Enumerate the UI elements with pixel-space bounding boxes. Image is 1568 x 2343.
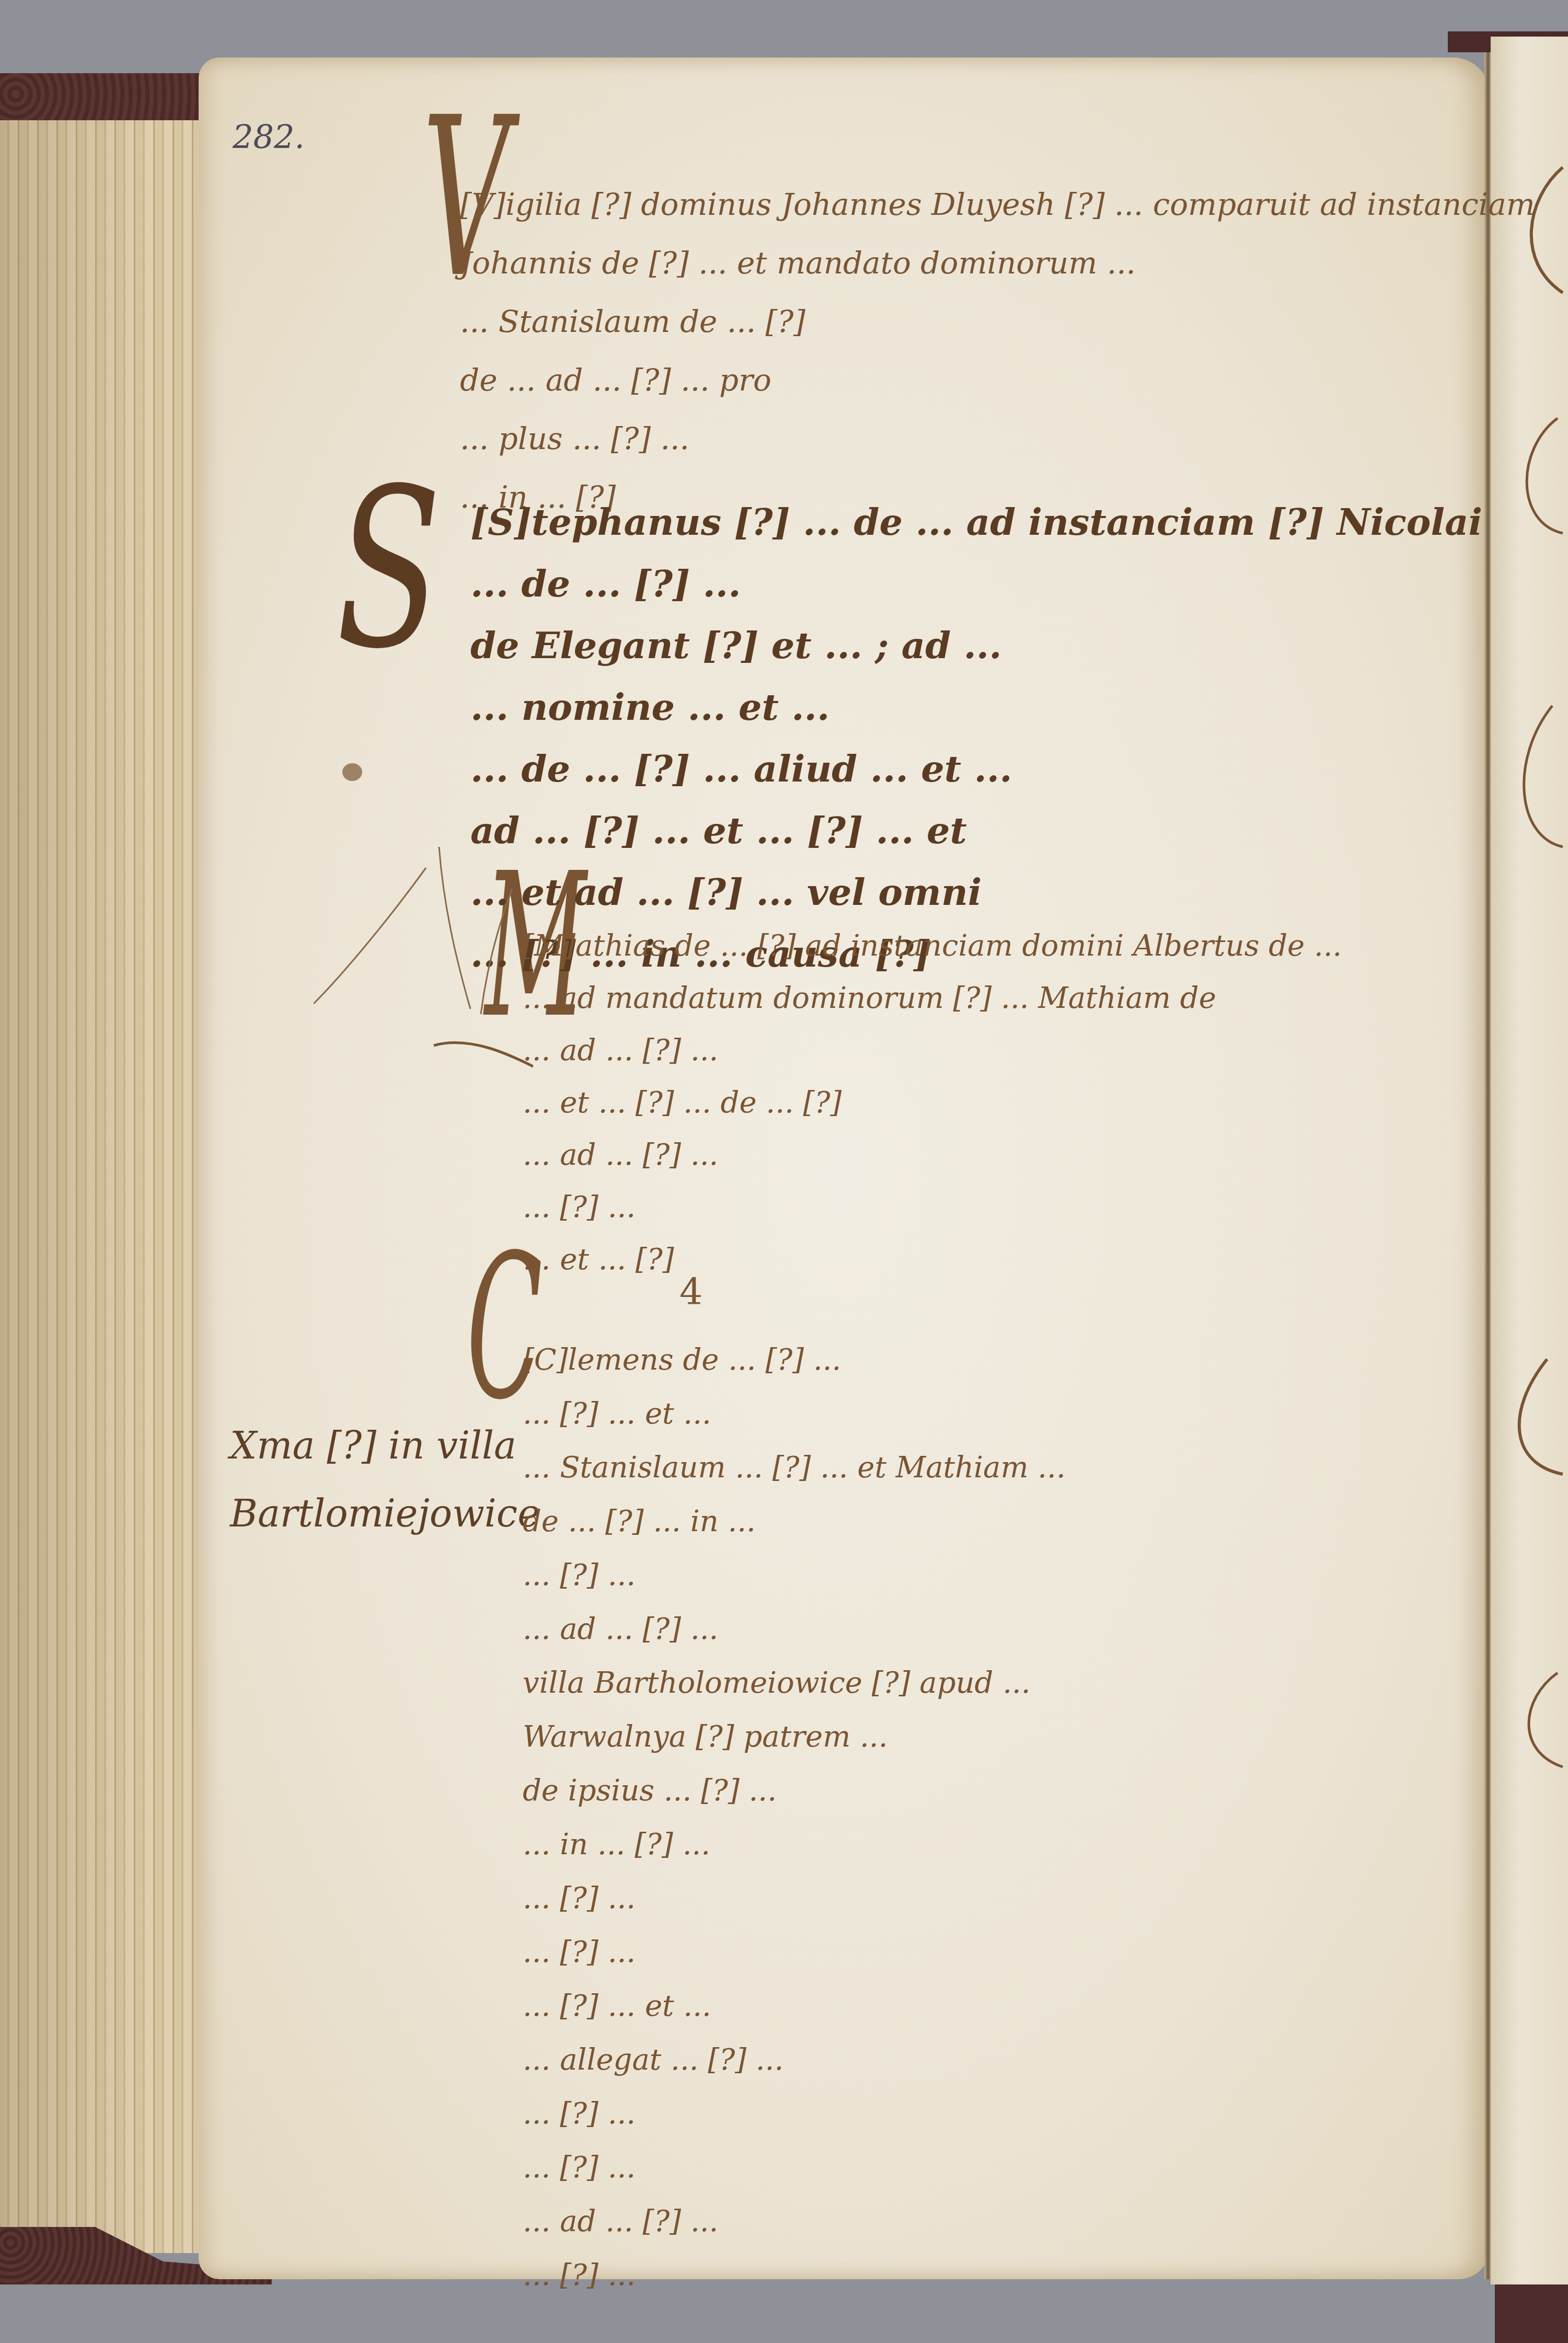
- entry-line: ... [?] ...: [523, 2248, 1066, 2302]
- entry-line: Warwalnya [?] patrem ...: [523, 1710, 1066, 1764]
- entry-line: ... [?] ...: [523, 1925, 1066, 1979]
- entry-line: ... [?] ... et ...: [523, 1387, 1066, 1441]
- entry-line: Johannis de [?] ... et mandato dominorum…: [460, 234, 1535, 292]
- entry-1: [V]igilia [?] dominus Johannes Dluyesh […: [460, 175, 1535, 526]
- entry-line: ... ad ... [?] ...: [523, 1602, 1066, 1656]
- entry-line: ... allegat ... [?] ...: [523, 2033, 1066, 2087]
- entry-line: ... [?] ...: [523, 2141, 1066, 2195]
- entry-line: [S]tephanus [?] ... de ... ad instanciam…: [470, 491, 1482, 553]
- entry-line: ... de ... [?] ...: [470, 553, 1482, 615]
- entry-line: ... [?] ...: [523, 1181, 1342, 1234]
- page-stack-shadow: [0, 120, 220, 2253]
- entry-line: ... ad ... [?] ...: [523, 1129, 1342, 1181]
- entry-line: ... et ... [?] ... de ... [?]: [523, 1077, 1342, 1129]
- entry-2: [S]tephanus [?] ... de ... ad instanciam…: [470, 491, 1482, 985]
- margin-note-line: Xma [?] in villa: [230, 1411, 540, 1479]
- entry-line: ... [?] ... et ...: [523, 1979, 1066, 2033]
- entry-line: ... [?] ...: [523, 1871, 1066, 1925]
- entry-line: ... ad ... [?] ...: [523, 2195, 1066, 2248]
- entry-line: [M]athias de ... [?] ad instanciam domin…: [523, 920, 1342, 972]
- entry-line: ... de ... [?] ... aliud ... et ...: [470, 738, 1482, 800]
- entry-line: ad ... [?] ... et ... [?] ... et: [470, 800, 1482, 862]
- entry-line: ... Stanislaum ... [?] ... et Mathiam ..…: [523, 1441, 1066, 1495]
- entry-line: ... [?] ...: [523, 2087, 1066, 2141]
- entry-line: de Elegant [?] et ... ; ad ...: [470, 615, 1482, 676]
- folio-number: 282.: [233, 118, 305, 156]
- entry-line: [C]lemens de ... [?] ...: [523, 1333, 1066, 1387]
- entry-line: ... ad mandatum dominorum [?] ... Mathia…: [523, 972, 1342, 1025]
- entry-3: [M]athias de ... [?] ad instanciam domin…: [523, 920, 1342, 1286]
- entry-line: ... et ad ... [?] ... vel omni: [470, 862, 1482, 923]
- paragraph-mark: 4: [679, 1270, 703, 1313]
- entry-line: ... in ... [?] ...: [523, 1818, 1066, 1871]
- margin-bracket-strokes-icon: [314, 836, 533, 1307]
- margin-note: Xma [?] in villa Bartlomiejowice: [230, 1411, 540, 1547]
- entry-line: ... nomine ... et ...: [470, 676, 1482, 738]
- ink-stain: [342, 763, 362, 781]
- entry-line: de ipsius ... [?] ...: [523, 1764, 1066, 1818]
- entry-line: ... [?] ...: [523, 1548, 1066, 1602]
- entry-line: [V]igilia [?] dominus Johannes Dluyesh […: [460, 175, 1535, 234]
- entry-line: ... ad ... [?] ...: [523, 1025, 1342, 1077]
- entry-line: de ... [?] ... in ...: [523, 1495, 1066, 1548]
- margin-note-line: Bartlomiejowice: [230, 1479, 540, 1547]
- entry-line: de ... ad ... [?] ... pro: [460, 351, 1535, 409]
- entry-4: [C]lemens de ... [?] ... ... [?] ... et …: [523, 1333, 1066, 2302]
- entry-line: ... et ... [?]: [523, 1234, 1342, 1286]
- initial-letter-2: S: [336, 460, 441, 680]
- entry-line: villa Bartholomeiowice [?] apud ...: [523, 1656, 1066, 1710]
- entry-line: ... plus ... [?] ...: [460, 409, 1535, 468]
- entry-line: ... Stanislaum de ... [?]: [460, 292, 1535, 351]
